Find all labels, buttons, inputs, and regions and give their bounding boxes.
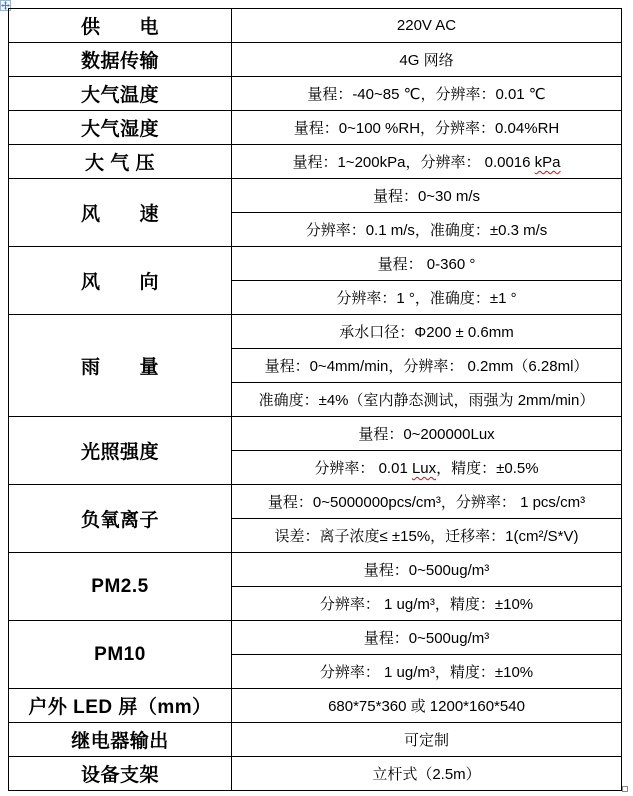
param-rainfall: 雨 量 — [9, 315, 232, 417]
value-power: 220V AC — [232, 9, 622, 43]
param-led-screen: 户外 LED 屏（mm） — [9, 689, 232, 723]
value-wind-speed-resolution: 分辨率：0.1 m/s，准确度：±0.3 m/s — [232, 213, 622, 247]
value-air-temperature: 量程：-40~85 ℃，分辨率：0.01 ℃ — [232, 77, 622, 111]
param-air-pressure: 大 气 压 — [9, 145, 232, 179]
table-row: 风 向 量程： 0-360 ° — [9, 247, 622, 281]
value-pm10-resolution: 分辨率： 1 ug/m³，精度：±10% — [232, 655, 622, 689]
value-negative-oxygen-ion-range: 量程：0~5000000pcs/cm³，分辨率： 1 pcs/cm³ — [232, 485, 622, 519]
value-wind-direction-range: 量程： 0-360 ° — [232, 247, 622, 281]
value-rainfall-range: 量程：0~4mm/min，分辨率： 0.2mm（6.28ml） — [232, 349, 622, 383]
table-row: 数据传输 4G 网络 — [9, 43, 622, 77]
document-page: 供 电 220V AC 数据传输 4G 网络 大气温度 量程：-40~85 ℃，… — [0, 0, 633, 796]
value-led-screen: 680*75*360 或 1200*160*540 — [232, 689, 622, 723]
table-row: 负氧离子 量程：0~5000000pcs/cm³，分辨率： 1 pcs/cm³ — [9, 485, 622, 519]
table-row: 大气湿度 量程：0~100 %RH，分辨率：0.04%RH — [9, 111, 622, 145]
param-data-transmission: 数据传输 — [9, 43, 232, 77]
value-pm25-resolution: 分辨率： 1 ug/m³，精度：±10% — [232, 587, 622, 621]
table-row: 供 电 220V AC — [9, 9, 622, 43]
table-row: PM2.5 量程：0~500ug/m³ — [9, 553, 622, 587]
value-light-intensity-resolution: 分辨率： 0.01 Lux，精度：±0.5% — [232, 451, 622, 485]
param-pm25: PM2.5 — [9, 553, 232, 621]
light-resolution-spellcheck-word: Lux — [412, 460, 436, 477]
param-wind-direction: 风 向 — [9, 247, 232, 315]
value-wind-speed-range: 量程：0~30 m/s — [232, 179, 622, 213]
value-rainfall-accuracy: 准确度：±4%（室内静态测试，雨强为 2mm/min） — [232, 383, 622, 417]
table-resize-handle[interactable] — [622, 786, 628, 792]
value-relay-output: 可定制 — [232, 723, 622, 757]
param-power: 供 电 — [9, 9, 232, 43]
value-negative-oxygen-ion-error: 误差：离子浓度≤ ±15%，迁移率：1(cm²/S*V) — [232, 519, 622, 553]
param-pm10: PM10 — [9, 621, 232, 689]
air-pressure-spellcheck-word: kPa — [535, 154, 561, 171]
value-wind-direction-resolution: 分辨率：1 °，准确度：±1 ° — [232, 281, 622, 315]
table-row: 雨 量 承水口径：Φ200 ± 0.6mm — [9, 315, 622, 349]
param-wind-speed: 风 速 — [9, 179, 232, 247]
spec-table: 供 电 220V AC 数据传输 4G 网络 大气温度 量程：-40~85 ℃，… — [8, 8, 622, 791]
table-row: PM10 量程：0~500ug/m³ — [9, 621, 622, 655]
param-air-humidity: 大气湿度 — [9, 111, 232, 145]
value-air-pressure: 量程：1~200kPa，分辨率： 0.0016 kPa — [232, 145, 622, 179]
table-row: 设备支架 立杆式（2.5m） — [9, 757, 622, 791]
table-row: 大 气 压 量程：1~200kPa，分辨率： 0.0016 kPa — [9, 145, 622, 179]
value-air-humidity: 量程：0~100 %RH，分辨率：0.04%RH — [232, 111, 622, 145]
table-row: 光照强度 量程：0~200000Lux — [9, 417, 622, 451]
table-row: 户外 LED 屏（mm） 680*75*360 或 1200*160*540 — [9, 689, 622, 723]
param-bracket: 设备支架 — [9, 757, 232, 791]
table-row: 大气温度 量程：-40~85 ℃，分辨率：0.01 ℃ — [9, 77, 622, 111]
param-light-intensity: 光照强度 — [9, 417, 232, 485]
value-rainfall-aperture: 承水口径：Φ200 ± 0.6mm — [232, 315, 622, 349]
table-row: 风 速 量程：0~30 m/s — [9, 179, 622, 213]
value-light-intensity-range: 量程：0~200000Lux — [232, 417, 622, 451]
value-data-transmission: 4G 网络 — [232, 43, 622, 77]
param-negative-oxygen-ion: 负氧离子 — [9, 485, 232, 553]
value-bracket: 立杆式（2.5m） — [232, 757, 622, 791]
param-air-temperature: 大气温度 — [9, 77, 232, 111]
table-row: 继电器输出 可定制 — [9, 723, 622, 757]
air-pressure-text: 量程：1~200kPa，分辨率： 0.0016 — [292, 154, 534, 171]
value-pm25-range: 量程：0~500ug/m³ — [232, 553, 622, 587]
light-resolution-pre: 分辨率： 0.01 — [314, 460, 412, 477]
value-pm10-range: 量程：0~500ug/m³ — [232, 621, 622, 655]
light-resolution-post: ，精度：±0.5% — [436, 460, 538, 477]
param-relay-output: 继电器输出 — [9, 723, 232, 757]
